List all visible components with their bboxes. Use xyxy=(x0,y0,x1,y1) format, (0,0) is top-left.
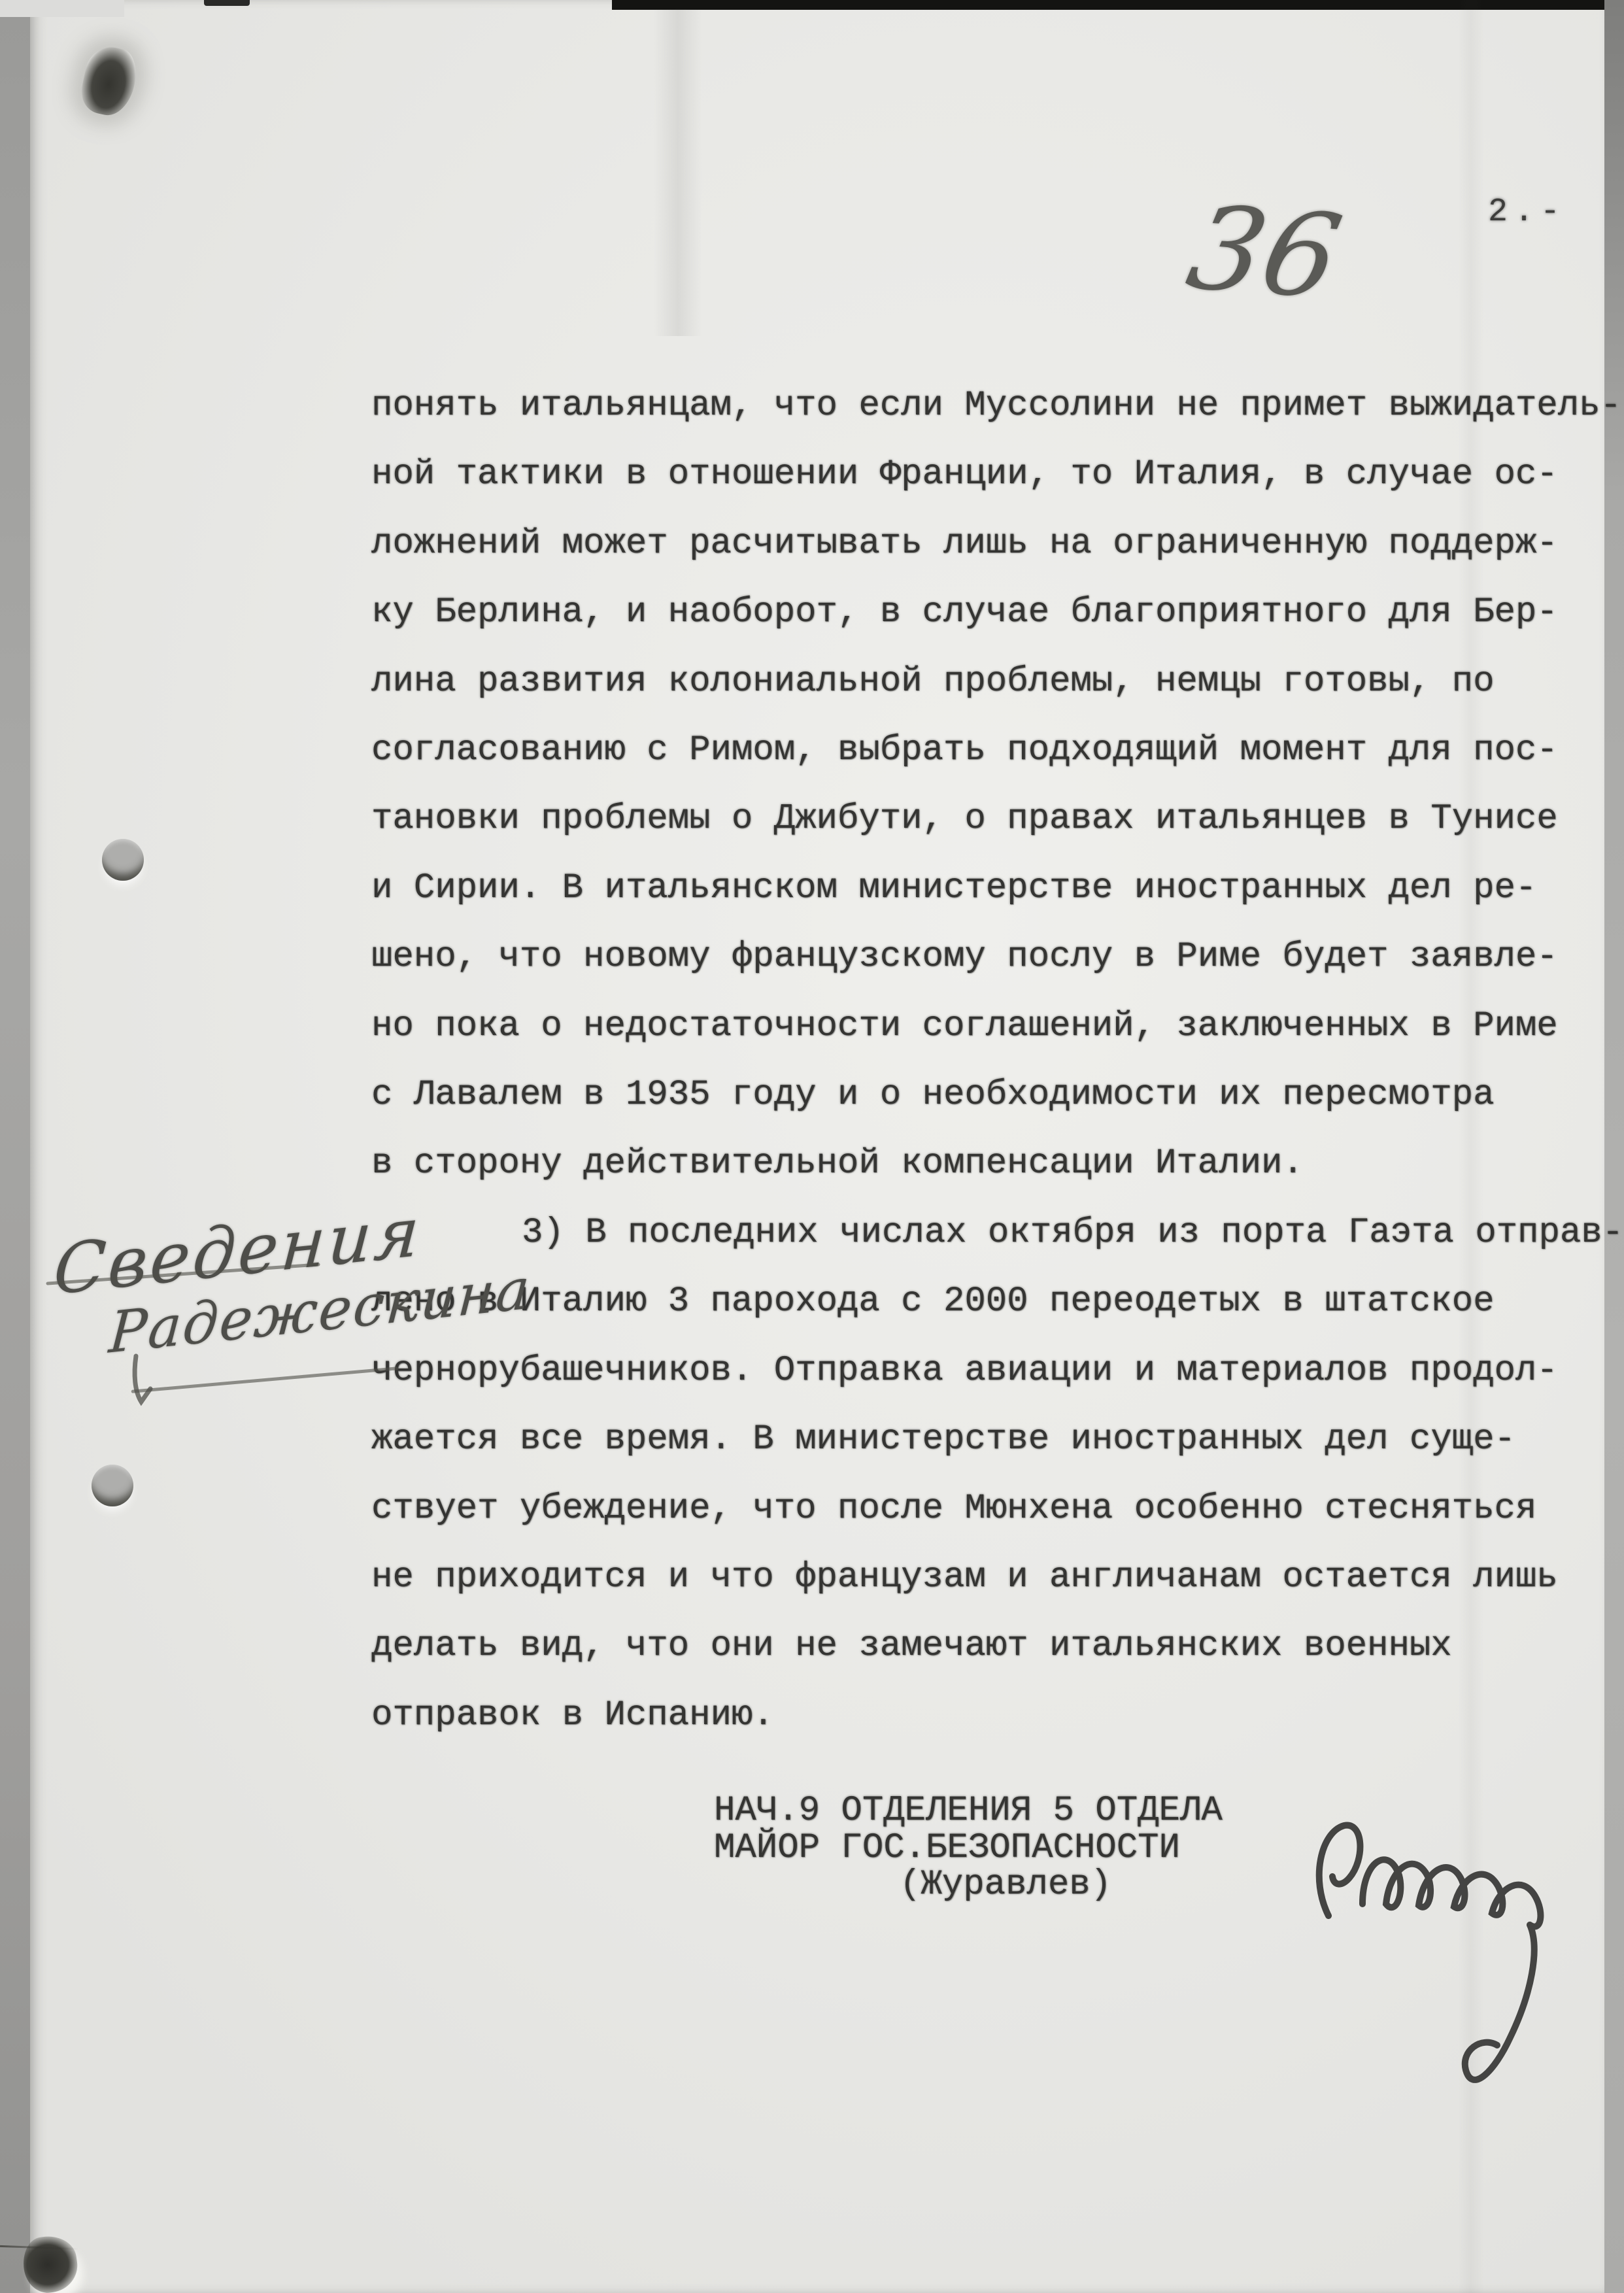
punch-hole-middle-lower xyxy=(92,1465,133,1506)
signature-scrawl xyxy=(1266,1797,1606,2124)
typed-line: и Сирии. В итальянском министерстве инос… xyxy=(371,854,1624,923)
typed-line: чернорубашечников. Отправка авиации и ма… xyxy=(371,1336,1624,1405)
typed-line: шено, что новому французскому послу в Ри… xyxy=(371,923,1624,991)
signature-block: НАЧ.9 ОТДЕЛЕНИЯ 5 ОТДЕЛА МАЙОР ГОС.БЕЗОП… xyxy=(714,1793,1223,1904)
signature-block-name: (Журавлев) xyxy=(714,1867,1223,1904)
document-scan: 2.- 36 понять итальянцам, что если Муссо… xyxy=(0,0,1624,2293)
punch-hole-middle-upper xyxy=(102,839,144,881)
page-number: 2.- xyxy=(1488,194,1566,231)
typed-line: согласованию с Римом, выбрать подходящий… xyxy=(371,716,1624,785)
scan-corner-top-left xyxy=(0,0,124,17)
scan-edge-left xyxy=(0,0,30,2293)
typed-line: ложнений может расчитывать лишь на огран… xyxy=(371,509,1624,578)
typed-line-paragraph-3-start: 3) В последних числах октября из порта Г… xyxy=(371,1198,1624,1267)
handwritten-folio-number: 36 xyxy=(1177,181,1351,324)
typed-line: ной тактики в отношении Франции, то Итал… xyxy=(371,440,1624,509)
typed-line: с Лавалем в 1935 году и о необходимости … xyxy=(371,1061,1624,1129)
paper-crease-top xyxy=(654,9,702,336)
margin-note-tick-mark xyxy=(128,1351,174,1410)
typed-line: лено в Италию 3 парохода с 2000 переодет… xyxy=(371,1267,1624,1336)
typed-line: жается все время. В министерстве иностра… xyxy=(371,1405,1624,1474)
typed-line: ствует убеждение, что после Мюнхена особ… xyxy=(371,1474,1624,1543)
typed-line: делать вид, что они не замечают итальянс… xyxy=(371,1612,1624,1680)
typed-line: отправок в Испанию. xyxy=(371,1681,1624,1750)
signature-block-rank: МАЙОР ГОС.БЕЗОПАСНОСТИ xyxy=(714,1830,1223,1867)
typed-line: не приходится и что французам и англичан… xyxy=(371,1543,1624,1612)
typed-line: понять итальянцам, что если Муссолини не… xyxy=(371,371,1624,440)
typed-line: но пока о недостаточности соглашений, за… xyxy=(371,992,1624,1061)
scan-edge-top-mark xyxy=(204,0,250,6)
typed-line: в сторону действительной компенсации Ита… xyxy=(371,1129,1624,1198)
typed-line: лина развития колониальной проблемы, нем… xyxy=(371,647,1624,716)
body-text: понять итальянцам, что если Муссолини не… xyxy=(371,371,1624,1750)
typed-line: тановки проблемы о Джибути, о правах ита… xyxy=(371,785,1624,853)
signature-block-title: НАЧ.9 ОТДЕЛЕНИЯ 5 ОТДЕЛА xyxy=(714,1793,1223,1830)
typed-line: ку Берлина, и наоборот, в случае благопр… xyxy=(371,578,1624,647)
